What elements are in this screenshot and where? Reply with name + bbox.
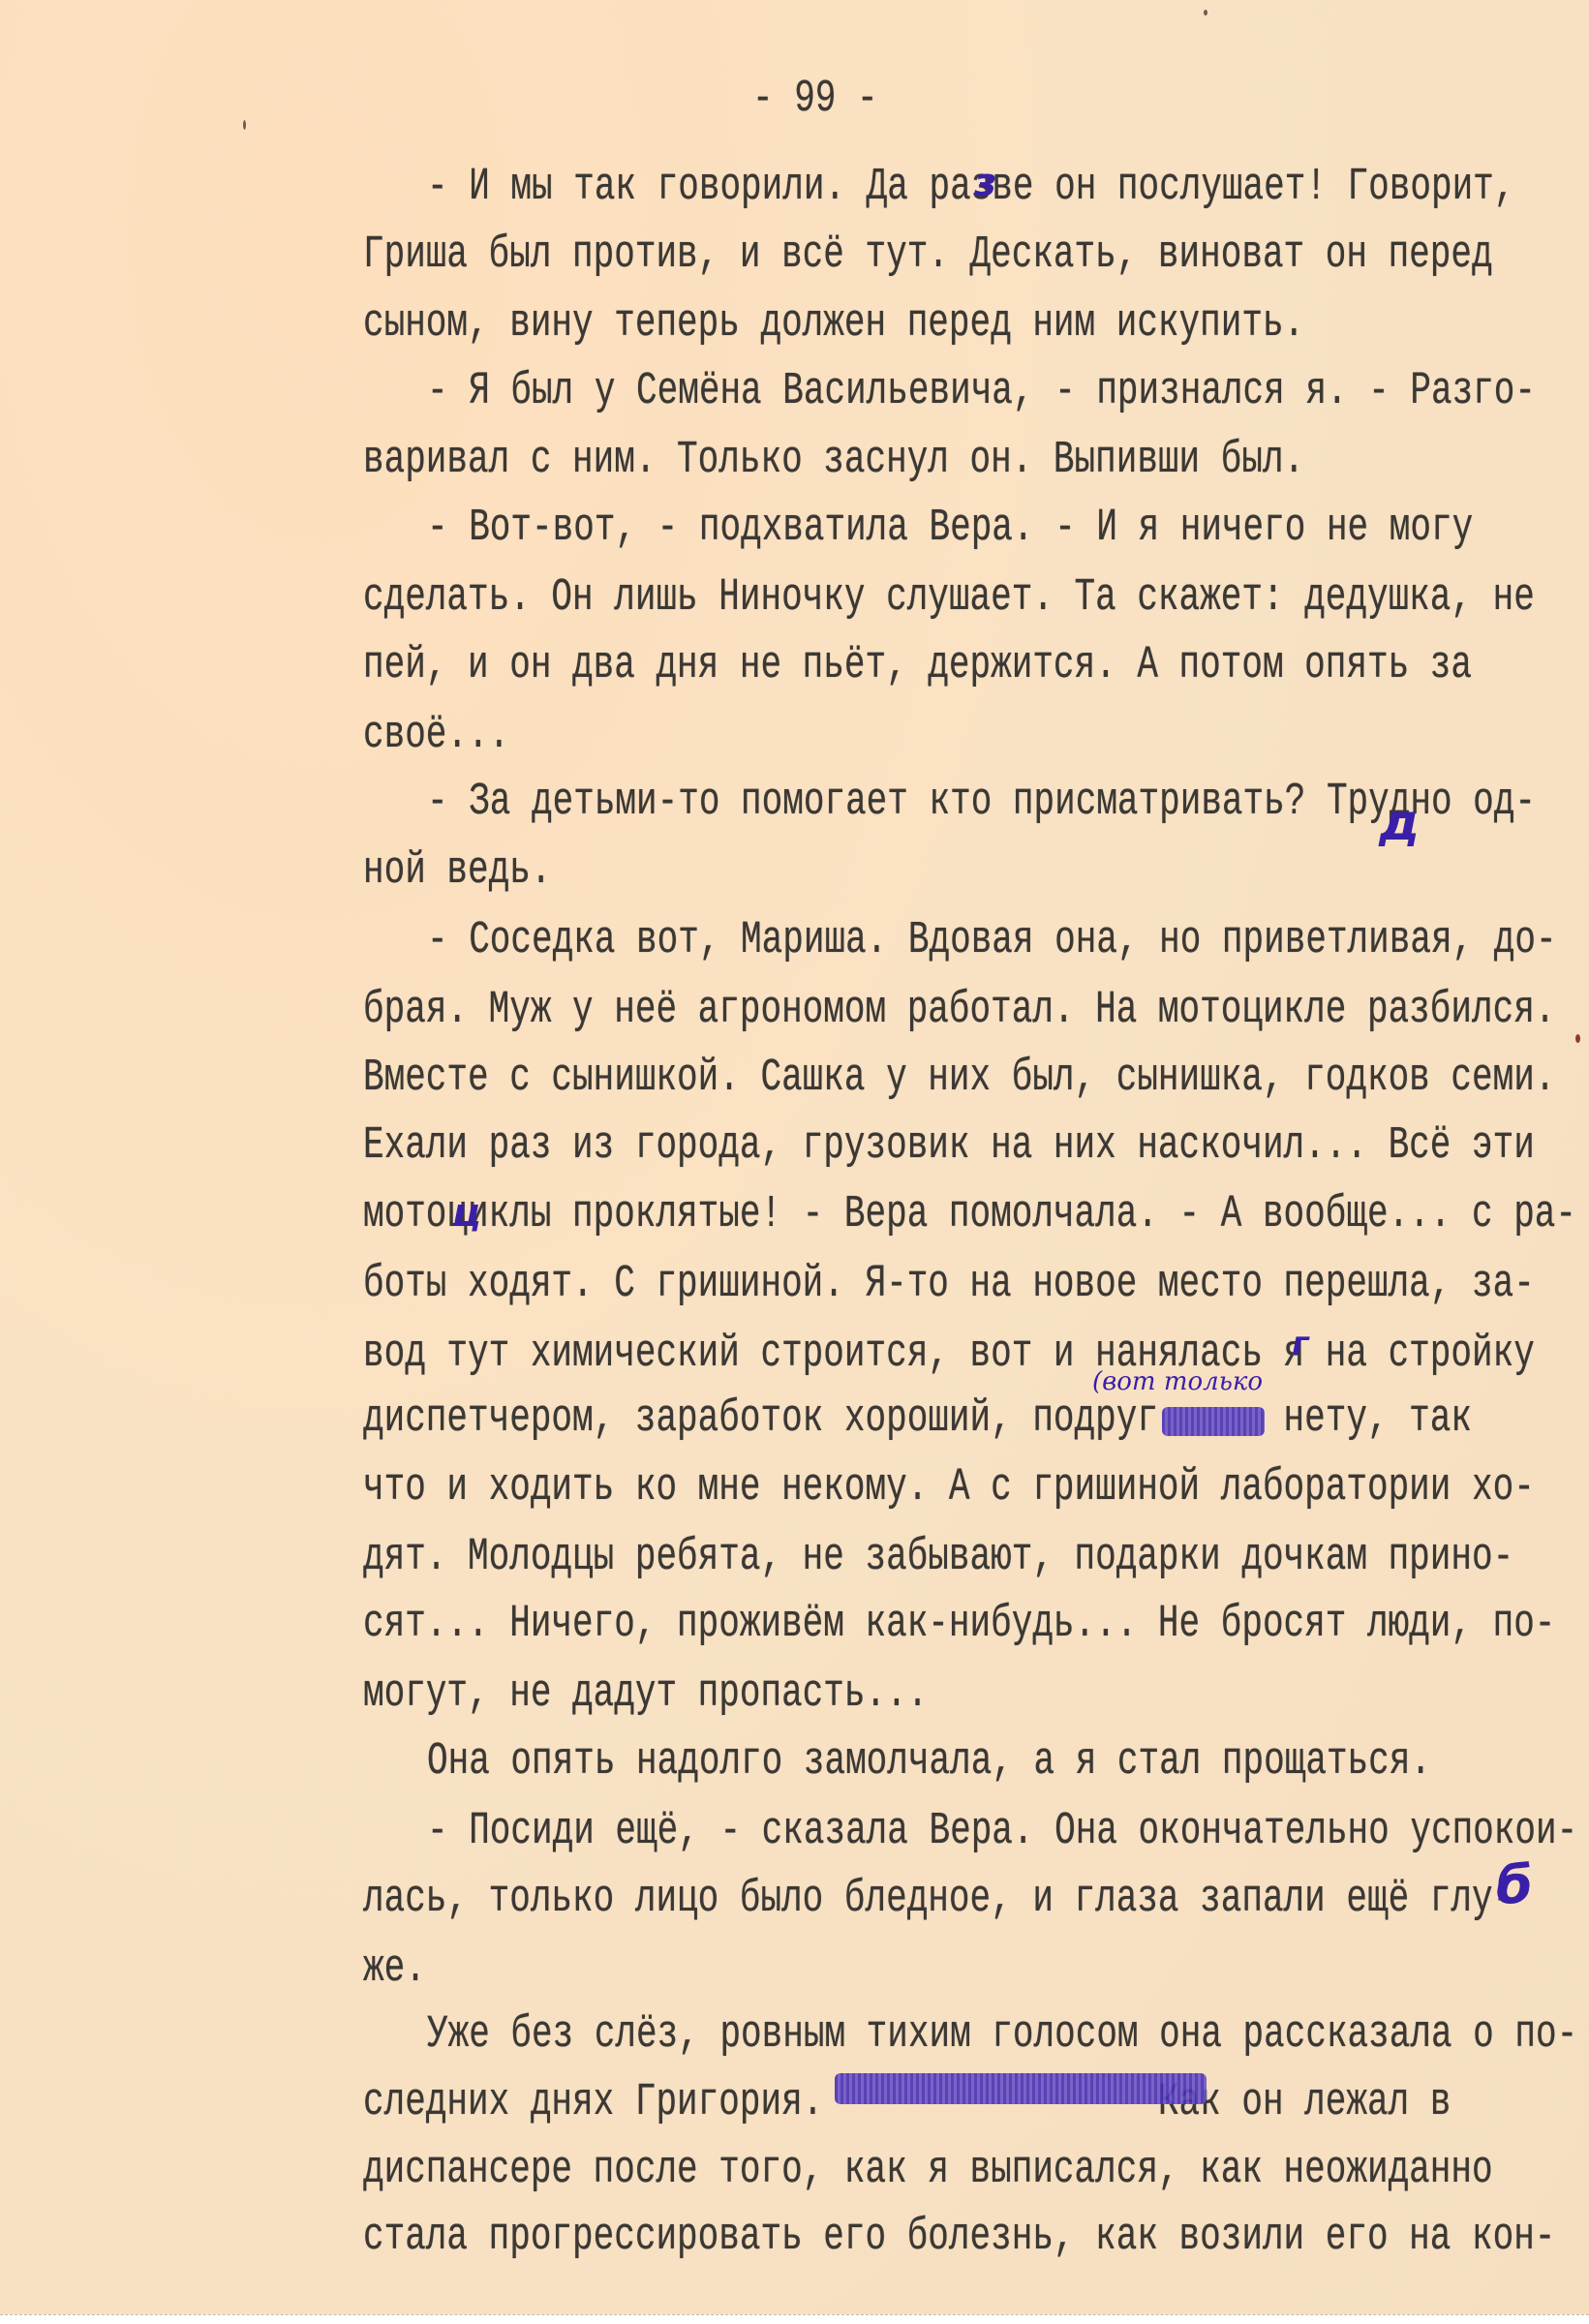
text-line: брая. Муж у неё агрономом работал. На мо… [363, 985, 1555, 1036]
text-line: боты ходят. С гришиной. Я-то на новое ме… [363, 1259, 1535, 1310]
ink-strikeout [1162, 1407, 1265, 1436]
text-line: - Посиди ещё, - сказала Вера. Она оконча… [427, 1806, 1577, 1857]
text-line: дят. Молодцы ребята, не забывают, подарк… [363, 1532, 1513, 1583]
text-line: Гриша был против, и всё тут. Дескать, ви… [363, 229, 1493, 281]
text-line: своё... [363, 710, 509, 761]
ink-correction-z: з [974, 161, 996, 205]
text-line: диспетчером, заработок хороший, подруг н… [363, 1393, 1472, 1445]
text-line: варивал с ним. Только заснул он. Выпивши… [363, 435, 1304, 486]
text-line: стала прогрессировать его болезнь, как в… [363, 2212, 1555, 2263]
text-line: сыном, вину теперь должен перед ним иску… [363, 298, 1304, 350]
text-line: пей, и он два дня не пьёт, держится. А п… [363, 640, 1472, 691]
text-line: - Я был у Семёна Васильевича, - призналс… [427, 366, 1536, 417]
page-number: - 99 - [752, 74, 878, 125]
text-line: ной ведь. [363, 845, 551, 897]
paper-speck [243, 120, 246, 130]
ink-correction-ts: ц [452, 1191, 481, 1236]
ink-annotation-vot-tolko: (вот только [1092, 1367, 1263, 1396]
text-line: мотоциклы проклятые! - Вера помолчала. -… [363, 1189, 1576, 1240]
text-line: сят... Ничего, проживём как-нибудь... Не… [363, 1599, 1555, 1650]
text-line: - Соседка вот, Мариша. Вдовая она, но пр… [427, 915, 1557, 966]
text-line: - За детьми-то помогает кто присматриват… [427, 777, 1536, 828]
paper-speck [1204, 10, 1207, 15]
scan-edge [0, 2314, 1589, 2324]
paper-speck [1575, 1034, 1580, 1043]
text-line: Уже без слёз, ровным тихим голосом она р… [427, 2009, 1577, 2061]
text-line: - И мы так говорили. Да разве он послуша… [427, 162, 1514, 213]
ink-insert-mark: г [1292, 1325, 1309, 1363]
text-line: же. [363, 1943, 426, 1995]
text-line: - Вот-вот, - подхватила Вера. - И я ниче… [427, 503, 1473, 554]
text-line: сделать. Он лишь Ниночку слушает. Та ска… [363, 572, 1535, 624]
text-line: могут, не дадут пропасть... [363, 1668, 928, 1720]
text-line: вод тут химический строится, вот и нанял… [363, 1329, 1535, 1380]
text-line: Она опять надолго замолчала, а я стал пр… [427, 1736, 1431, 1788]
ink-correction-d: д [1379, 794, 1420, 852]
ink-strikeout [835, 2073, 1207, 2104]
typewritten-page: - 99 - - И мы так говорили. Да разве он … [0, 0, 1589, 2314]
text-line: Ехали раз из города, грузовик на них нас… [363, 1120, 1535, 1172]
text-line: диспансере после того, как я выписался, … [363, 2145, 1493, 2196]
text-line: что и ходить ко мне некому. А с гришиной… [363, 1462, 1535, 1514]
ink-correction-b: б [1496, 1854, 1533, 1915]
text-line: Вместе с сынишкой. Сашка у них был, сыни… [363, 1053, 1555, 1104]
text-line: лась, только лицо было бледное, и глаза … [363, 1874, 1513, 1925]
